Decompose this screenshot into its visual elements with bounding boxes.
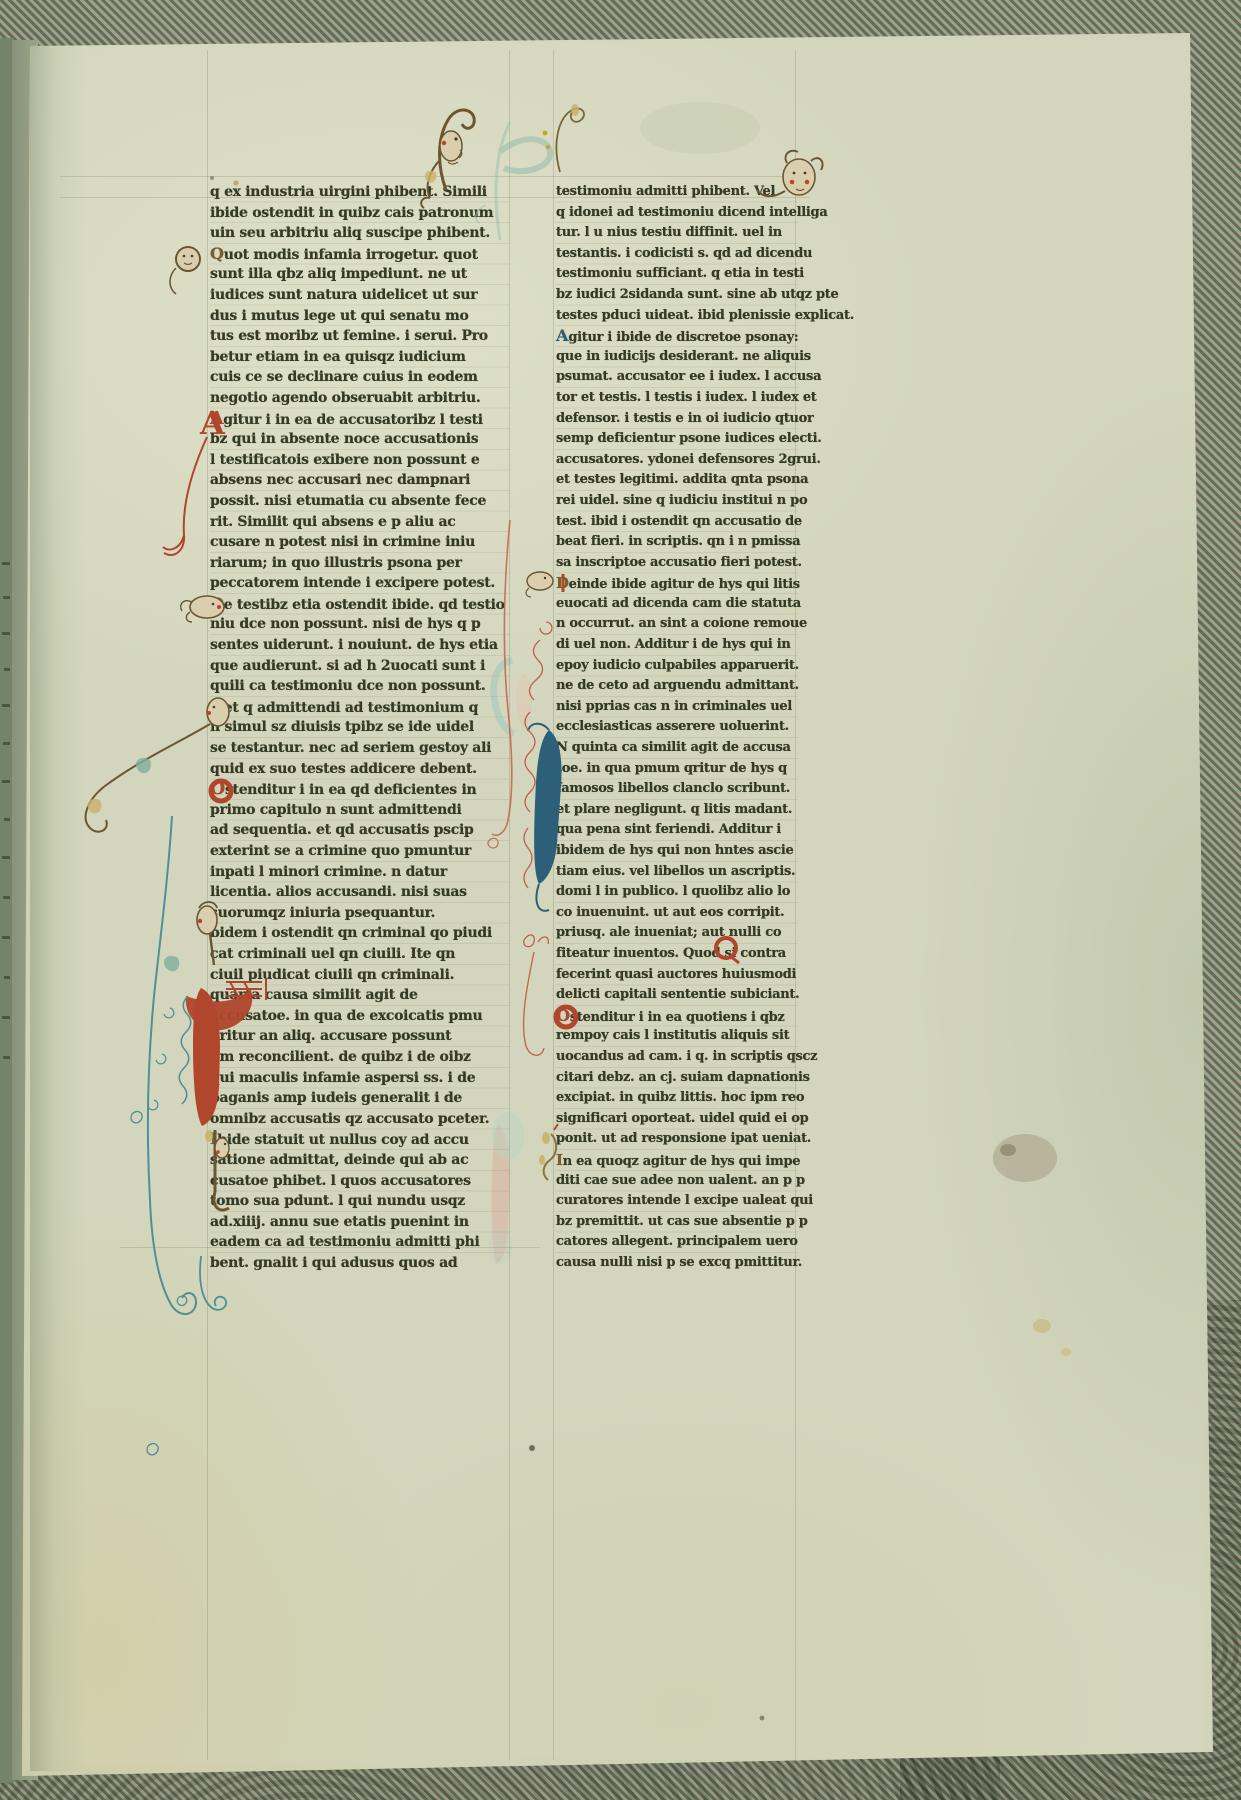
red-initial-q — [716, 938, 739, 963]
brown-leaf-initial — [539, 1124, 558, 1180]
red-initial-a: A — [163, 404, 226, 555]
red-initial-o — [556, 1007, 576, 1027]
decoration-layer: A — [0, 0, 1241, 1800]
deinde-face-icon — [526, 572, 563, 597]
sprout-flourish-icon — [556, 104, 584, 172]
gold-speck — [546, 145, 550, 149]
manuscript-photo: { "scene": { "description": "Photograph … — [0, 0, 1241, 1800]
blue-initial-i — [524, 622, 562, 1055]
brown-i-face-icon — [205, 1130, 229, 1210]
red-paragraph-mark — [226, 978, 266, 1000]
q-face-icon — [170, 247, 200, 294]
gutter-red-flourish — [488, 520, 512, 848]
bleedthrough-text-marks — [2, 562, 10, 1059]
de-face-icon — [181, 596, 224, 622]
ghost-flourish-icon — [476, 122, 550, 240]
giant-red-initial-i — [131, 988, 220, 1126]
svg-text:A: A — [199, 404, 226, 442]
head-cadel-icon — [421, 110, 474, 208]
red-initial-o — [211, 781, 231, 801]
teal-tail-flourish — [147, 1256, 226, 1455]
qet-face-icon — [86, 698, 229, 832]
v-cadel-face-icon — [757, 151, 823, 196]
gold-speck — [543, 131, 548, 136]
